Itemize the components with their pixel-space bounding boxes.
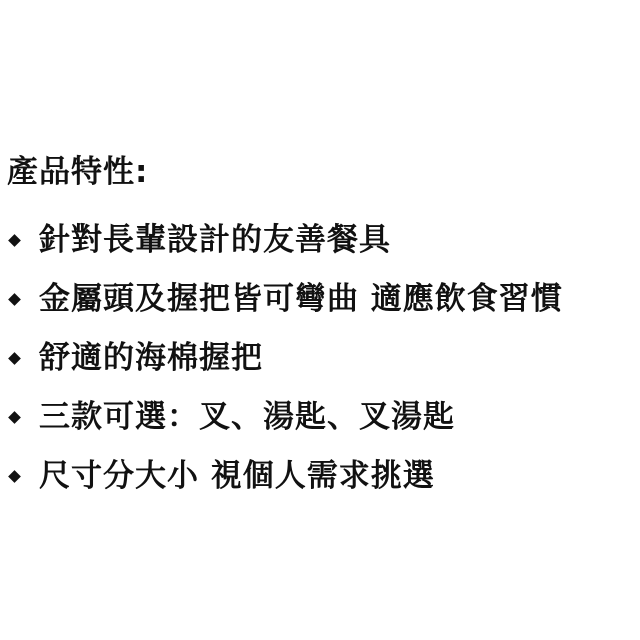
diamond-bullet-icon	[8, 234, 21, 247]
feature-text: 三款可選：叉、湯匙、叉湯匙	[39, 397, 455, 437]
diamond-bullet-icon	[8, 352, 21, 365]
feature-text: 尺寸分大小 視個人需求挑選	[39, 456, 435, 496]
diamond-bullet-icon	[8, 411, 21, 424]
diamond-bullet-icon	[8, 470, 21, 483]
feature-text: 針對長輩設計的友善餐具	[39, 220, 391, 260]
features-heading: 產品特性:	[7, 152, 148, 192]
feature-text: 金屬頭及握把皆可彎曲 適應飲食習慣	[39, 279, 563, 319]
feature-text: 舒適的海棉握把	[39, 338, 263, 378]
diamond-bullet-icon	[8, 293, 21, 306]
